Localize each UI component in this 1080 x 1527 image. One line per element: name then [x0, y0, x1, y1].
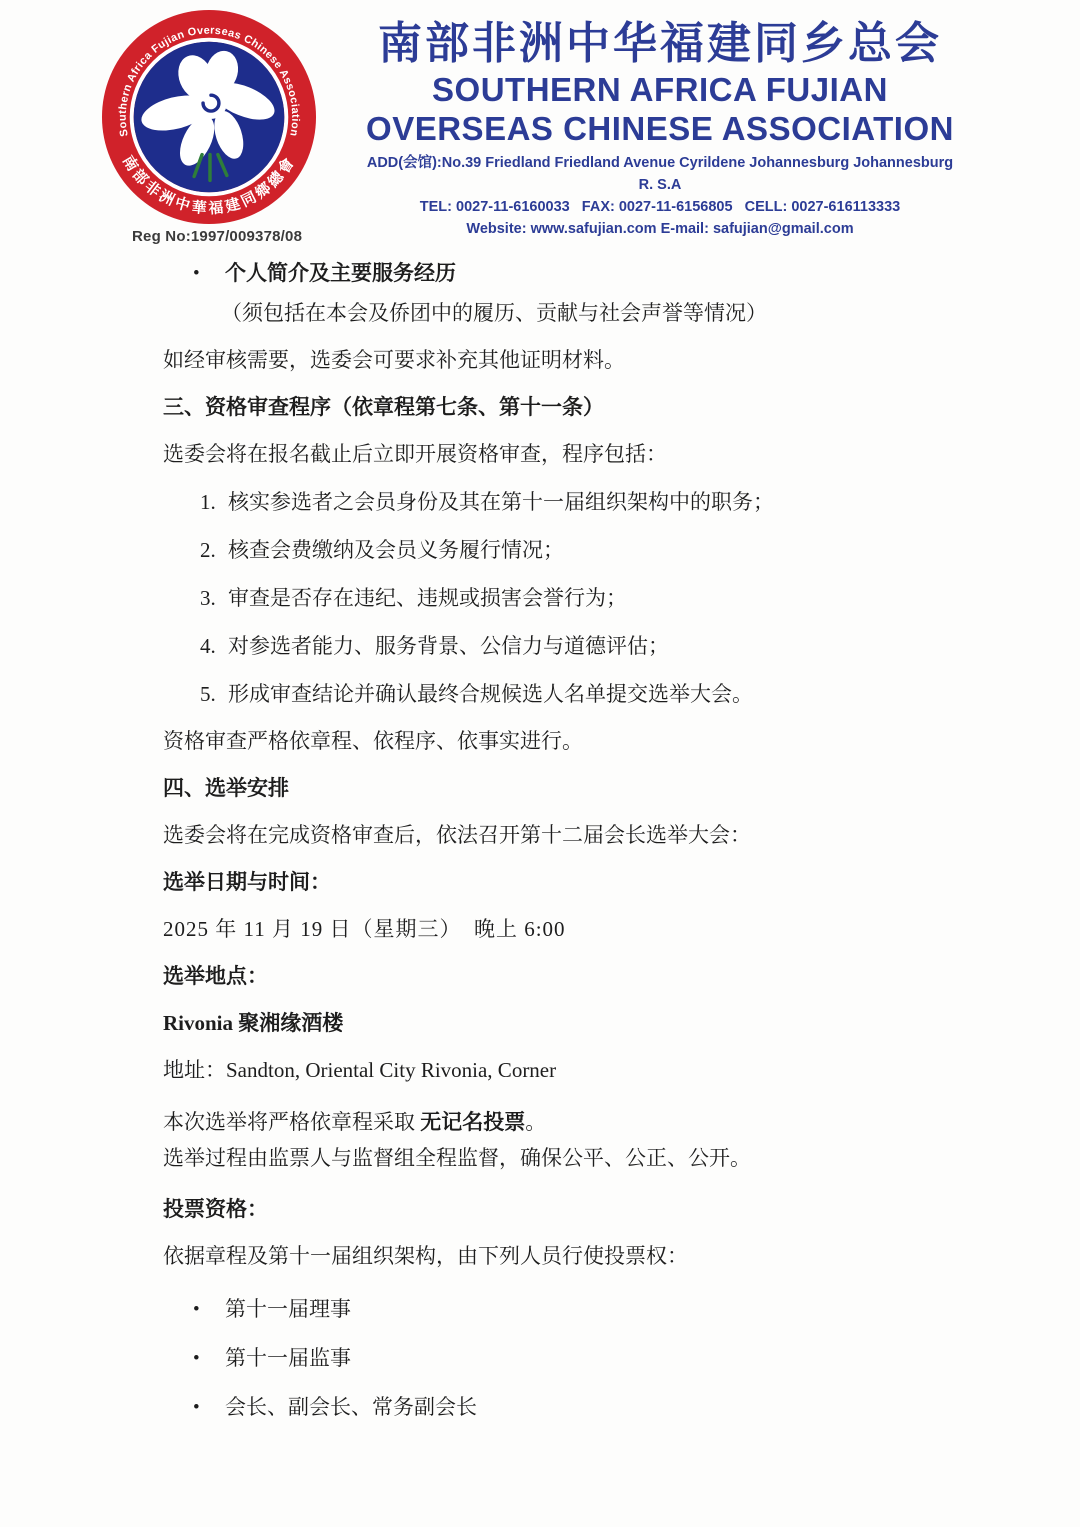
paragraph-supplement: 如经审核需要，选委会可要求补充其他证明材料。	[163, 347, 923, 374]
ballot-paragraph: 本次选举将严格依章程采取 无记名投票。 选举过程由监票人与监督组全程监督，确保公…	[163, 1104, 923, 1176]
election-datetime: 2025 年 11 月 19 日（星期三） 晚上 6:00	[163, 916, 923, 943]
bullet-marker-icon: •	[163, 1394, 225, 1421]
paragraph-review-intro: 选委会将在报名截止后立即开展资格审查，程序包括：	[163, 441, 923, 468]
ballot-method: 无记名投票	[420, 1110, 525, 1134]
website-line: Website: www.safujian.com E-mail: safuji…	[360, 218, 960, 240]
voter-group-text: 会长、副会长、常务副会长	[225, 1394, 477, 1421]
phone-line: TEL: 0027-11-6160033 FAX: 0027-11-615680…	[360, 196, 960, 218]
step-text: 核实参选者之会员身份及其在第十一届组织架构中的职务；	[228, 489, 923, 516]
bullet-marker-icon: •	[163, 260, 225, 287]
review-step: 1. 核实参选者之会员身份及其在第十一届组织架构中的职务；	[163, 489, 923, 516]
step-text: 对参选者能力、服务背景、公信力与道德评估；	[228, 633, 923, 660]
review-step: 4. 对参选者能力、服务背景、公信力与道德评估；	[163, 633, 923, 660]
org-title-english-line1: SOUTHERN AFRICA FUJIAN	[360, 70, 960, 109]
voter-group-item: • 会长、副会长、常务副会长	[163, 1394, 923, 1421]
profile-item-title: 个人简介及主要服务经历	[225, 260, 923, 287]
step-number: 1.	[163, 489, 228, 516]
document-body: • 个人简介及主要服务经历 （须包括在本会及侨团中的履历、贡献与社会声誉等情况）…	[163, 260, 923, 1421]
voting-eligibility-label: 投票资格：	[163, 1196, 923, 1223]
address-line: ADD(会馆):No.39 Friedland Friedland Avenue…	[360, 152, 960, 196]
review-step: 2. 核查会费缴纳及会员义务履行情况；	[163, 537, 923, 564]
section4-heading: 四、选举安排	[163, 775, 923, 802]
section3-heading: 三、资格审查程序（依章程第七条、第十一条）	[163, 394, 923, 421]
org-title-chinese: 南部非洲中华福建同乡总会	[360, 18, 960, 70]
ballot-suffix: 。	[525, 1110, 546, 1134]
venue-label: 选举地点：	[163, 963, 923, 990]
step-text: 形成审查结论并确认最终合规候选人名单提交选举大会。	[228, 681, 923, 708]
voter-group-item: • 第十一届理事	[163, 1296, 923, 1323]
org-title-english-line2: OVERSEAS CHINESE ASSOCIATION	[360, 109, 960, 148]
paragraph-review-close: 资格审查严格依章程、依程序、依事实进行。	[163, 728, 923, 755]
datetime-label: 选举日期与时间：	[163, 869, 923, 896]
step-text: 核查会费缴纳及会员义务履行情况；	[228, 537, 923, 564]
paragraph-voters-intro: 依据章程及第十一届组织架构，由下列人员行使投票权：	[163, 1243, 923, 1270]
review-step: 3. 审查是否存在违纪、违规或损害会誉行为；	[163, 585, 923, 612]
ballot-prefix: 本次选举将严格依章程采取	[163, 1110, 420, 1134]
voter-group-text: 第十一届理事	[225, 1296, 351, 1323]
profile-item-note: （须包括在本会及侨团中的履历、贡献与社会声誉等情况）	[163, 300, 923, 327]
ballot-line1: 本次选举将严格依章程采取 无记名投票。	[163, 1104, 923, 1140]
step-text: 审查是否存在违纪、违规或损害会誉行为；	[228, 585, 923, 612]
registration-number: Reg No:1997/009378/08	[132, 228, 302, 245]
document-page: Southern Africa Fujian Overseas Chinese …	[0, 0, 1080, 1527]
venue-address: 地址：Sandton, Oriental City Rivonia, Corne…	[163, 1057, 923, 1084]
paragraph-election-intro: 选委会将在完成资格审查后，依法召开第十二届会长选举大会：	[163, 822, 923, 849]
profile-bullet-item: • 个人简介及主要服务经历	[163, 260, 923, 287]
step-number: 3.	[163, 585, 228, 612]
association-emblem-icon: Southern Africa Fujian Overseas Chinese …	[100, 8, 318, 226]
association-logo: Southern Africa Fujian Overseas Chinese …	[100, 8, 318, 226]
review-step: 5. 形成审查结论并确认最终合规候选人名单提交选举大会。	[163, 681, 923, 708]
bullet-marker-icon: •	[163, 1345, 225, 1372]
letterhead: 南部非洲中华福建同乡总会 SOUTHERN AFRICA FUJIAN OVER…	[360, 18, 960, 240]
ballot-line2: 选举过程由监票人与监督组全程监督，确保公平、公正、公开。	[163, 1140, 923, 1176]
voter-group-item: • 第十一届监事	[163, 1345, 923, 1372]
step-number: 2.	[163, 537, 228, 564]
step-number: 5.	[163, 681, 228, 708]
voter-group-text: 第十一届监事	[225, 1345, 351, 1372]
venue-name: Rivonia 聚湘缘酒楼	[163, 1010, 923, 1037]
step-number: 4.	[163, 633, 228, 660]
bullet-marker-icon: •	[163, 1296, 225, 1323]
